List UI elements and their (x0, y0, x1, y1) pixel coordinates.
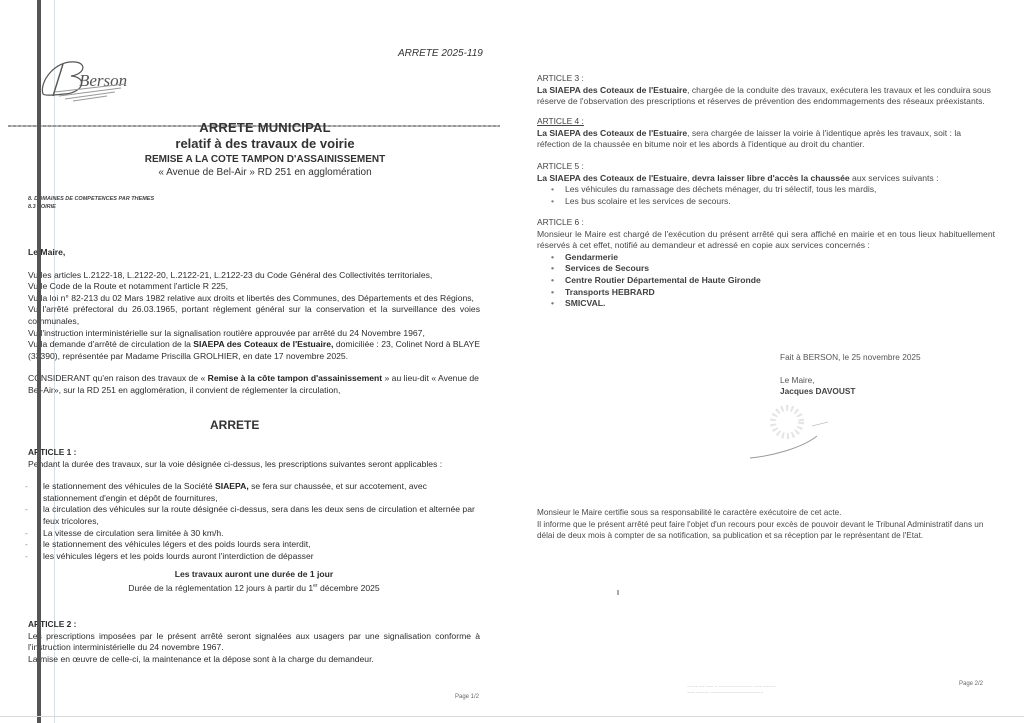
article-1: ARTICLE 1 : Pendant la durée des travaux… (28, 447, 480, 594)
article-6: ARTICLE 6 : Monsieur le Maire est chargé… (537, 217, 995, 310)
list-item: Transports HEBRARD (537, 287, 995, 299)
svg-text:Berson: Berson (79, 71, 127, 90)
article-4-heading: ARTICLE 4 : (537, 116, 995, 128)
article-5-text: La SIAEPA des Coteaux de l'Estuaire, dev… (537, 173, 995, 185)
arrete-heading: ARRETE (210, 418, 259, 432)
domain-line-2: 8.3 VOIRIE (28, 203, 154, 211)
list-item: Gendarmerie (537, 252, 995, 264)
works-duration: Les travaux auront une durée de 1 jour (28, 569, 480, 581)
article-3-heading: ARTICLE 3 : (537, 73, 995, 85)
list-item: Centre Routier Départemental de Haute Gi… (537, 275, 995, 287)
vu-line: Vu l'instruction interministérielle sur … (28, 328, 480, 340)
article-5-services: Les véhicules du ramassage des déchets m… (537, 184, 995, 207)
signatory-name: Jacques DAVOUST (780, 386, 921, 398)
article-6-text: Monsieur le Maire est chargé de l'exécut… (537, 229, 995, 252)
certification-line-1: Monsieur le Maire certifie sous sa respo… (537, 507, 997, 519)
article-6-recipients: Gendarmerie Services de Secours Centre R… (537, 252, 995, 310)
article-3-text: La SIAEPA des Coteaux de l'Estuaire, cha… (537, 85, 995, 108)
page-number-2: Page 2/2 (959, 681, 983, 687)
article-2: ARTICLE 2 : Les prescriptions imposées p… (28, 619, 480, 665)
article-3: ARTICLE 3 : La SIAEPA des Coteaux de l'E… (537, 73, 995, 108)
considerant: CONSIDERANT qu'en raison des travaux de … (28, 373, 480, 396)
berson-logo: Berson (35, 52, 135, 102)
list-item: les véhicules légers et les poids lourds… (25, 551, 480, 563)
article-2-heading: ARTICLE 2 : (28, 619, 480, 631)
list-item: SMICVAL. (537, 298, 995, 310)
title-line-1: ARRETE MUNICIPAL (110, 120, 420, 135)
list-item: le stationnement des véhicules de la Soc… (25, 481, 480, 504)
scan-binding-bar (37, 0, 41, 723)
title-line-2: relatif à des travaux de voirie (110, 136, 420, 151)
domain-classification: 8. DOMAINES DE COMPETENCES PAR THEMES 8.… (28, 195, 154, 211)
list-item: La vitesse de circulation sera limitée à… (25, 528, 480, 540)
list-item: Services de Secours (537, 263, 995, 275)
vu-line: Vu les articles L.2122-18, L.2122-20, L.… (28, 270, 480, 282)
list-item: la circulation des véhicules sur la rout… (25, 504, 480, 527)
title-line-3: REMISE A LA COTE TAMPON D'ASSAINISSEMENT (110, 154, 420, 165)
list-item: Les véhicules du ramassage des déchets m… (537, 184, 995, 196)
place-date: Fait à BERSON, le 25 novembre 2025 (780, 352, 921, 364)
page-number-1: Page 1/2 (455, 694, 479, 700)
salutation: Le Maire, (28, 247, 480, 259)
article-1-intro: Pendant la durée des travaux, sur la voi… (28, 459, 480, 471)
title-line-4: « Avenue de Bel-Air » RD 251 en agglomér… (110, 167, 420, 178)
vu-demande: Vu la demande d'arrêté de circulation de… (28, 339, 480, 362)
faint-footer-text: ~~~~ ~~ ~~~ ~ ~~~~~~~~~~~~~ ~~~ ~~~~~ ~~… (687, 684, 847, 696)
article-2-line-2: La mise en œuvre de celle-ci, la mainten… (28, 654, 480, 666)
signatory-role: Le Maire, (780, 375, 921, 387)
page-1: ARRETE 2025-119 Berson ARRETE MUNICIPAL … (0, 0, 513, 723)
signature-scribble (742, 400, 852, 470)
certification-line-2: Il informe que le présent arrêté peut fa… (537, 519, 997, 542)
article-4: ARTICLE 4 : La SIAEPA des Coteaux de l'E… (537, 116, 995, 151)
article-2-line-1: Les prescriptions imposées par le présen… (28, 631, 480, 654)
vu-line: Vu la loi n° 82-213 du 02 Mars 1982 rela… (28, 293, 480, 305)
article-1-heading: ARTICLE 1 : (28, 447, 480, 459)
article-5-heading: ARTICLE 5 : (537, 161, 995, 173)
decree-title: ARRETE MUNICIPAL relatif à des travaux d… (110, 120, 420, 178)
scan-speck (617, 590, 619, 595)
page-2: ARTICLE 3 : La SIAEPA des Coteaux de l'E… (512, 0, 1024, 723)
article-5: ARTICLE 5 : La SIAEPA des Coteaux de l'E… (537, 161, 995, 207)
list-item: Les bus scolaire et les services de seco… (537, 196, 995, 208)
vu-line: Vu le Code de la Route et notamment l'ar… (28, 281, 480, 293)
article-4-text: La SIAEPA des Coteaux de l'Estuaire, ser… (537, 128, 995, 151)
decree-number: ARRETE 2025-119 (398, 48, 483, 59)
article-6-heading: ARTICLE 6 : (537, 217, 995, 229)
article-1-prescriptions: le stationnement des véhicules de la Soc… (25, 481, 480, 562)
list-item: le stationnement des véhicules légers et… (25, 539, 480, 551)
regulation-duration: Durée de la réglementation 12 jours à pa… (28, 581, 480, 594)
certification: Monsieur le Maire certifie sous sa respo… (537, 507, 997, 542)
domain-line-1: 8. DOMAINES DE COMPETENCES PAR THEMES (28, 195, 154, 203)
signature-block: Fait à BERSON, le 25 novembre 2025 Le Ma… (780, 352, 921, 398)
vu-line: Vu l'arrêté préfectoral du 26.03.1965, p… (28, 304, 480, 327)
preamble: Le Maire, Vu les articles L.2122-18, L.2… (28, 247, 480, 397)
